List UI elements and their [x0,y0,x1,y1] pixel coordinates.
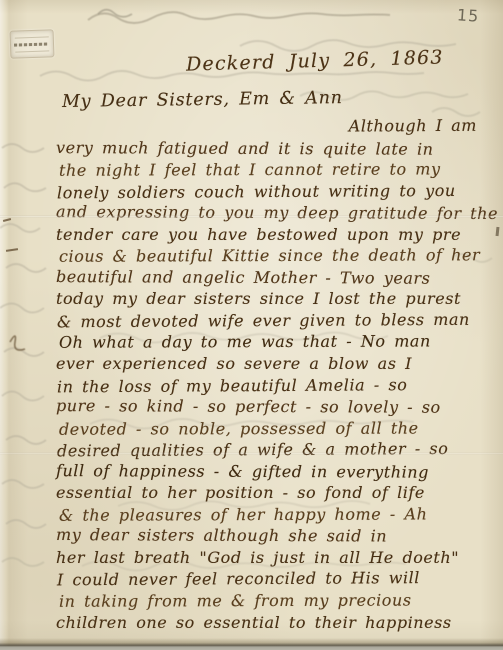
letter-line: I could never feel reconciled to His wil… [57,568,493,592]
letter-line: tender care you have bestowed upon my pr… [56,225,492,247]
stamp-ridge [15,36,49,38]
letter-line: her last breath "God is just in all He d… [56,548,492,570]
letter-line: full of happiness - & gifted in everythi… [56,461,492,484]
letter-line: desired qualities of a wife & a mother -… [57,439,493,463]
letter-line: very much fatigued and it is quite late … [56,138,492,161]
letter-line: essential to her position - so fond of l… [56,483,492,505]
fold-crease [0,452,503,455]
letter-line: & most devoted wife ever given to bless … [57,310,493,334]
page-number-annotation: 15 [456,5,480,26]
letter-line: pure - so kind - so perfect - so lovely … [56,396,492,419]
letter-line: Oh what a day to me was that - No man [59,332,495,355]
letter-line: ever experienced so severe a blow as I [56,354,492,376]
letter-scan-page: 15 Deckerd July 26, 1863 My Dear Sisters… [0,0,503,650]
embossed-stamp [10,29,55,59]
letter-line: devoted - so noble, possessed of all the [59,418,495,441]
letter-line: in the loss of my beautiful Amelia - so [57,374,493,398]
letter-salutation: My Dear Sisters, Em & Ann [62,88,343,112]
letter-line: today my dear sisters since I lost the p… [56,289,492,311]
letter-line: Although I am [57,116,493,140]
letter-line: & the pleasures of her happy home - Ah [59,504,495,527]
letter-line: my dear sisters although she said in [56,525,492,548]
letter-line: and expressing to you my deep gratitude … [56,202,492,225]
letter-line: cious & beautiful Kittie since the death… [59,246,495,269]
letter-line: beautiful and angelic Mother - Two years [56,267,492,290]
paper-bottom-edge [0,638,503,650]
letter-line: in taking from me & from my precious [59,590,495,613]
letter-line: children one so essential to their happi… [56,613,492,635]
stamp-text-line [14,42,48,46]
letter-body: Although I am very much fatigued and it … [56,117,492,634]
stamp-ridge [15,50,49,52]
letter-line: lonely soldiers couch without writing to… [57,180,493,204]
letter-line: the night I feel that I cannot retire to… [59,159,495,182]
fold-crease [0,215,503,218]
